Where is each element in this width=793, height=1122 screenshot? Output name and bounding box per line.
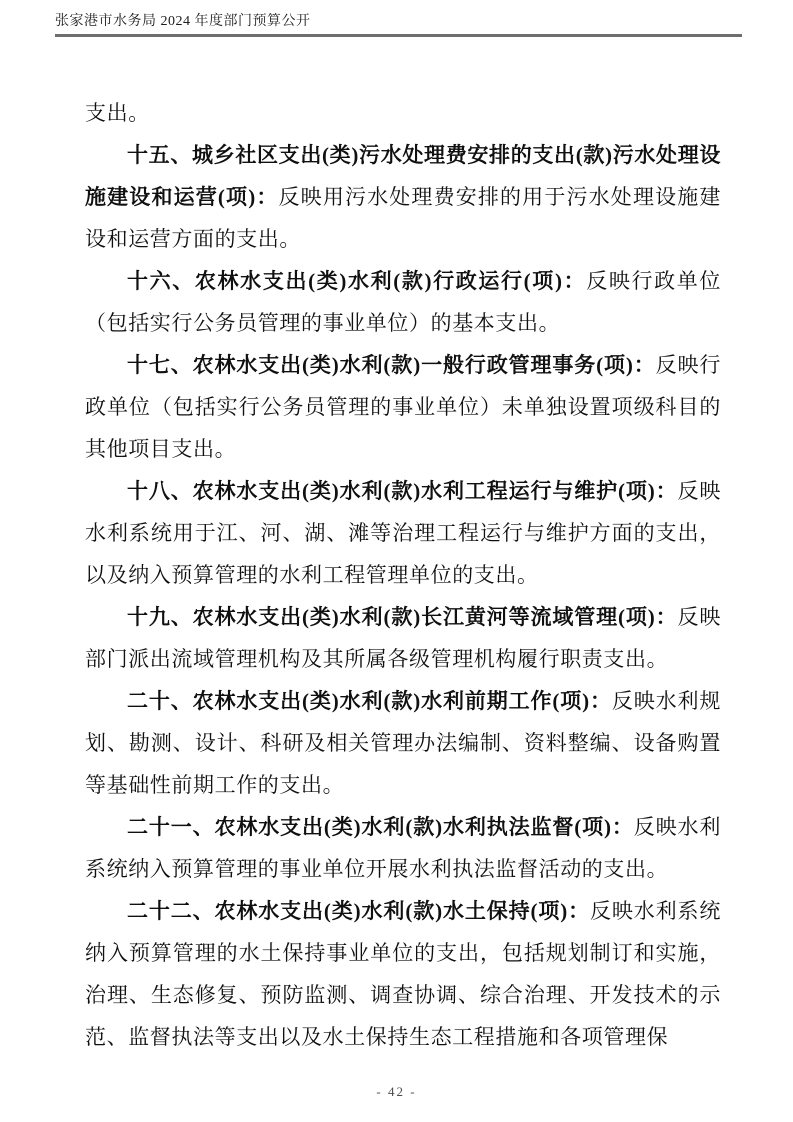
budget-paragraph-18: 十八、农林水支出(类)水利(款)水利工程运行与维护(项)：反映水利系统用于江、河…	[85, 470, 721, 596]
paragraph-heading: 十七、农林水支出(类)水利(款)一般行政管理事务(项)：	[127, 353, 656, 377]
paragraph-heading: 十六、农林水支出(类)水利(款)行政运行(项)：	[127, 269, 586, 293]
paragraph-body: 支出。	[85, 101, 150, 125]
paragraph-heading: 二十二、农林水支出(类)水利(款)水土保持(项)：	[127, 899, 590, 923]
paragraph-heading: 十八、农林水支出(类)水利(款)水利工程运行与维护(项)：	[127, 479, 678, 503]
paragraph-heading: 十九、农林水支出(类)水利(款)长江黄河等流域管理(项)：	[127, 605, 678, 629]
budget-paragraph-17: 十七、农林水支出(类)水利(款)一般行政管理事务(项)：反映行政单位（包括实行公…	[85, 344, 721, 470]
budget-paragraph-22: 二十二、农林水支出(类)水利(款)水土保持(项)：反映水利系统纳入预算管理的水土…	[85, 890, 721, 1058]
page-number: - 42 -	[376, 1084, 416, 1099]
document-page: 张家港市水务局 2024 年度部门预算公开 支出。 十五、城乡社区支出(类)污水…	[0, 0, 793, 1122]
budget-paragraph-20: 二十、农林水支出(类)水利(款)水利前期工作(项)：反映水利规划、勘测、设计、科…	[85, 680, 721, 806]
document-body: 支出。 十五、城乡社区支出(类)污水处理费安排的支出(款)污水处理设施建设和运营…	[85, 92, 721, 1058]
budget-paragraph-21: 二十一、农林水支出(类)水利(款)水利执法监督(项)：反映水利系统纳入预算管理的…	[85, 806, 721, 890]
header-title: 张家港市水务局 2024 年度部门预算公开	[55, 14, 311, 29]
budget-paragraph-15: 十五、城乡社区支出(类)污水处理费安排的支出(款)污水处理设施建设和运营(项)：…	[85, 134, 721, 260]
paragraph-heading: 二十、农林水支出(类)水利(款)水利前期工作(项)：	[127, 689, 612, 713]
paragraph-continuation: 支出。	[85, 92, 721, 134]
page-header: 张家港市水务局 2024 年度部门预算公开	[55, 10, 742, 37]
budget-paragraph-16: 十六、农林水支出(类)水利(款)行政运行(项)：反映行政单位（包括实行公务员管理…	[85, 260, 721, 344]
page-footer: - 42 -	[0, 1084, 793, 1100]
budget-paragraph-19: 十九、农林水支出(类)水利(款)长江黄河等流域管理(项)：反映部门派出流域管理机…	[85, 596, 721, 680]
paragraph-heading: 二十一、农林水支出(类)水利(款)水利执法监督(项)：	[127, 815, 634, 839]
